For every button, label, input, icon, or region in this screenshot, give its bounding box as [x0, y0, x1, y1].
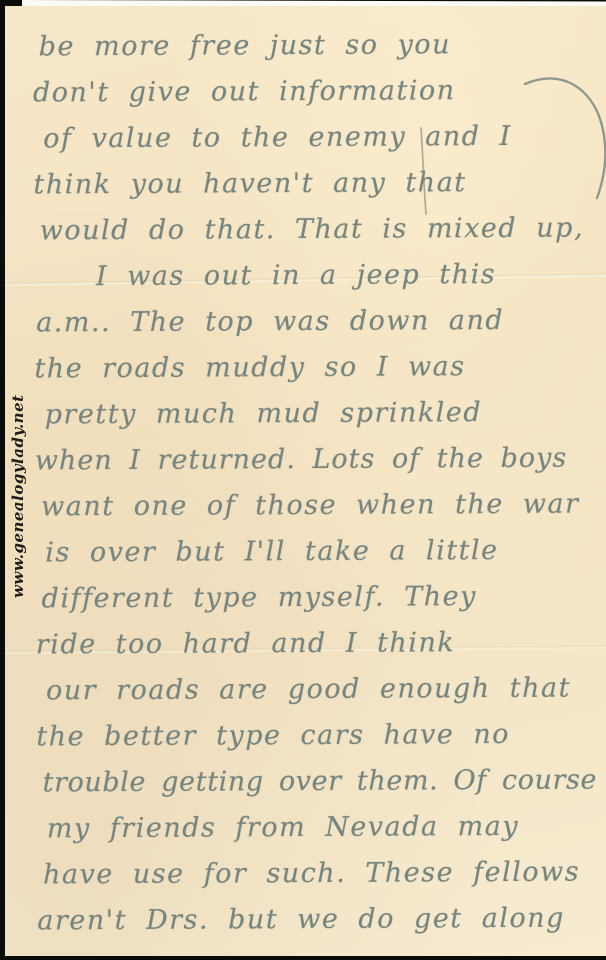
scanned-letter-photo: www.genealogylady.net be more free just …	[0, 0, 606, 960]
letter-line: my friends from Nevada may	[47, 803, 598, 852]
letter-line: of value to the enemy and I	[43, 113, 594, 162]
letter-line: would do that. That is mixed up,	[40, 205, 595, 254]
letter-line: aren't Drs. but we do get along	[37, 895, 598, 944]
letter-line: I was out in a jeep this	[96, 251, 595, 300]
letter-line: ride too hard and I think	[36, 619, 597, 668]
letter-line: want one of those when the war	[41, 481, 596, 530]
letter-line: trouble getting over them. Of course	[42, 757, 597, 806]
letter-paper: www.genealogylady.net be more free just …	[5, 6, 606, 956]
letter-line: a.m.. The top was down and	[36, 297, 595, 346]
letter-line: different type myself. They	[41, 573, 596, 622]
letter-line: the roads muddy so I was	[34, 343, 595, 392]
letter-line: the better type cars have no	[36, 711, 597, 760]
letter-line: don't give out information	[33, 67, 594, 116]
letter-line: think you haven't any that	[33, 159, 594, 208]
letter-line: when I returned. Lots of the boys	[35, 435, 596, 484]
letter-line: pretty much mud sprinkled	[45, 389, 596, 438]
letter-line: have use for such. These fellows	[43, 849, 598, 898]
letter-line: be more free just so you	[39, 21, 594, 70]
letter-line: our roads are good enough that	[46, 665, 597, 714]
letter-body: be more free just so you don't give out …	[5, 6, 606, 956]
letter-line: is over but I'll take a little	[45, 527, 596, 576]
